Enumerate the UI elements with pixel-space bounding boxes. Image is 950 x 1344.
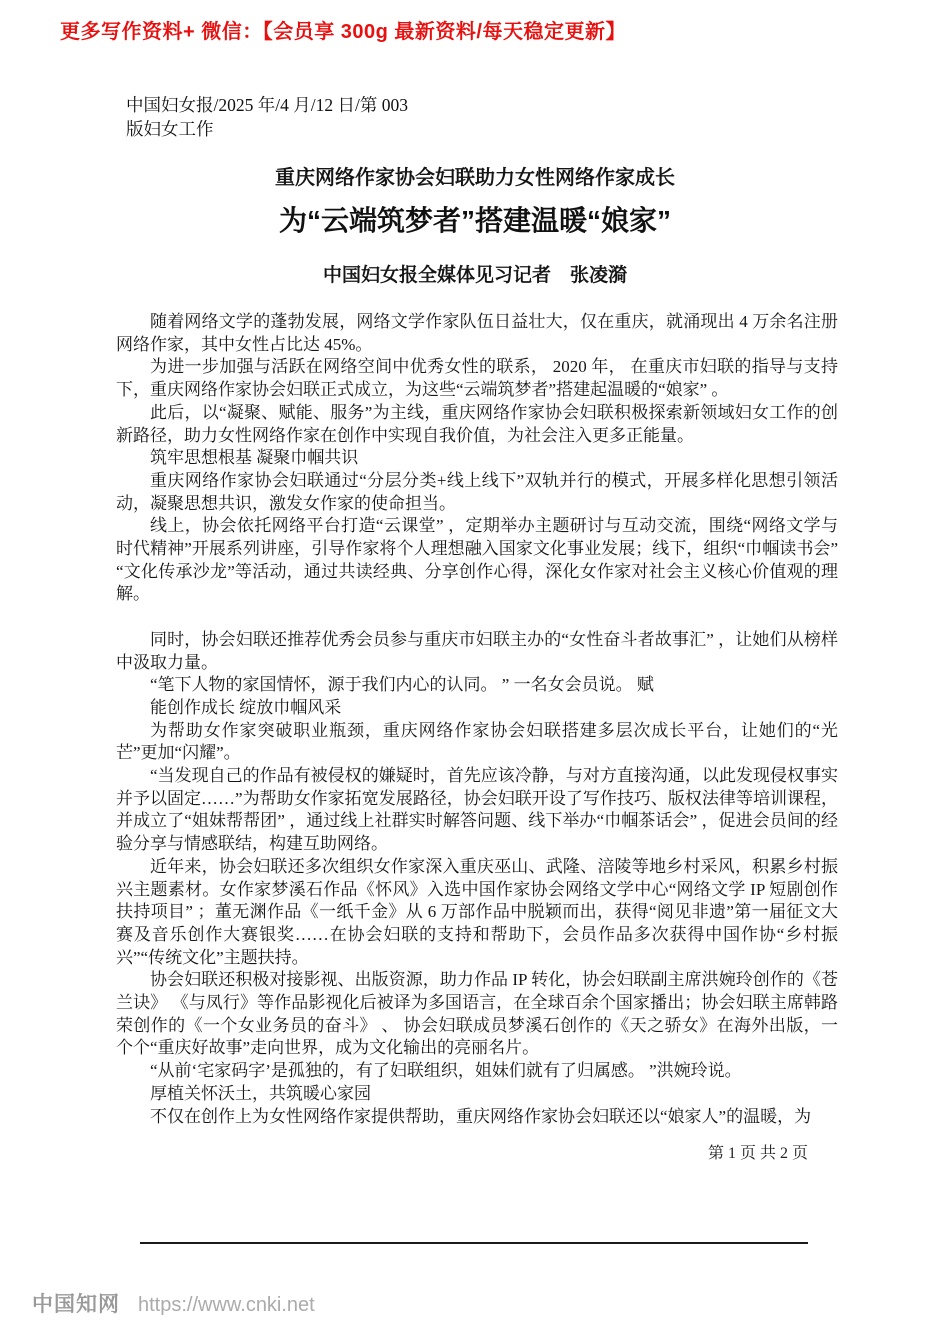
footer-divider <box>140 1242 808 1244</box>
watermark: 中国知网 https://www.cnki.net <box>32 1288 315 1318</box>
paragraph: 线上，协会依托网络平台打造“云课堂” ，定期举办主题研讨与互动交流，围绕“网络文… <box>116 515 838 606</box>
paragraph: 近年来，协会妇联还多次组织女作家深入重庆巫山、武隆、涪陵等地乡村采风，积累乡村振… <box>116 856 838 970</box>
promo-banner: 更多写作资料+ 微信：【会员享 300g 最新资料/每天稳定更新】 <box>60 15 626 44</box>
cnki-url: https://www.cnki.net <box>138 1294 315 1317</box>
cnki-logo: 中国知网 <box>32 1288 120 1318</box>
article-byline: 中国妇女报全媒体见习记者 张凌漪 <box>0 260 950 287</box>
paragraph: 此后，以“凝聚、赋能、服务”为主线，重庆网络作家协会妇联积极探索新领域妇女工作的… <box>116 402 838 447</box>
paragraph: 随着网络文学的蓬勃发展，网络文学作家队伍日益壮大，仅在重庆，就涌现出 4 万余名… <box>116 311 838 356</box>
source-line-2: 版妇女工作 <box>126 117 408 141</box>
paragraph: 筑牢思想根基 凝聚巾帼共识 <box>116 447 838 470</box>
paragraph: 重庆网络作家协会妇联通过“分层分类+线上线下”双轨并行的模式，开展多样化思想引领… <box>116 470 838 515</box>
article-body: 随着网络文学的蓬勃发展，网络文学作家队伍日益壮大，仅在重庆，就涌现出 4 万余名… <box>116 311 838 1128</box>
source-info: 中国妇女报/2025 年/4 月/12 日/第 003 版妇女工作 <box>126 93 408 141</box>
paragraph: 为进一步加强与活跃在网络空间中优秀女性的联系， 2020 年， 在重庆市妇联的指… <box>116 356 838 401</box>
paragraph: 同时，协会妇联还推荐优秀会员参与重庆市妇联主办的“女性奋斗者故事汇” ，让她们从… <box>116 629 838 674</box>
article-title: 为“云端筑梦者”搭建温暖“娘家” <box>0 199 950 239</box>
paragraph: 为帮助女作家突破职业瓶颈，重庆网络作家协会妇联搭建多层次成长平台，让她们的“光芒… <box>116 720 838 765</box>
paragraph: 协会妇联还积极对接影视、出版资源，助力作品 IP 转化，协会妇联副主席洪婉玲创作… <box>116 969 838 1060</box>
page-indicator: 第 1 页 共 2 页 <box>116 1140 808 1163</box>
paragraph: “从前‘宅家码字’是孤独的，有了妇联组织，姐妹们就有了归属感。 ”洪婉玲说。 <box>116 1060 838 1083</box>
article-kicker: 重庆网络作家协会妇联助力女性网络作家成长 <box>0 161 950 190</box>
paragraph: 厚植关怀沃土，共筑暖心家园 <box>116 1083 838 1106</box>
paragraph: 能创作成长 绽放巾帼风采 <box>116 697 838 720</box>
paragraph: “笔下人物的家国情怀，源于我们内心的认同。 ” 一名女会员说。 赋 <box>116 674 838 697</box>
paragraph: “当发现自己的作品有被侵权的嫌疑时，首先应该冷静，与对方直接沟通，以此发现侵权事… <box>116 765 838 856</box>
document-page: 更多写作资料+ 微信：【会员享 300g 最新资料/每天稳定更新】 中国妇女报/… <box>0 0 950 1344</box>
source-line-1: 中国妇女报/2025 年/4 月/12 日/第 003 <box>126 93 408 117</box>
paragraph: 不仅在创作上为女性网络作家提供帮助，重庆网络作家协会妇联还以“娘家人”的温暖，为 <box>116 1106 838 1129</box>
